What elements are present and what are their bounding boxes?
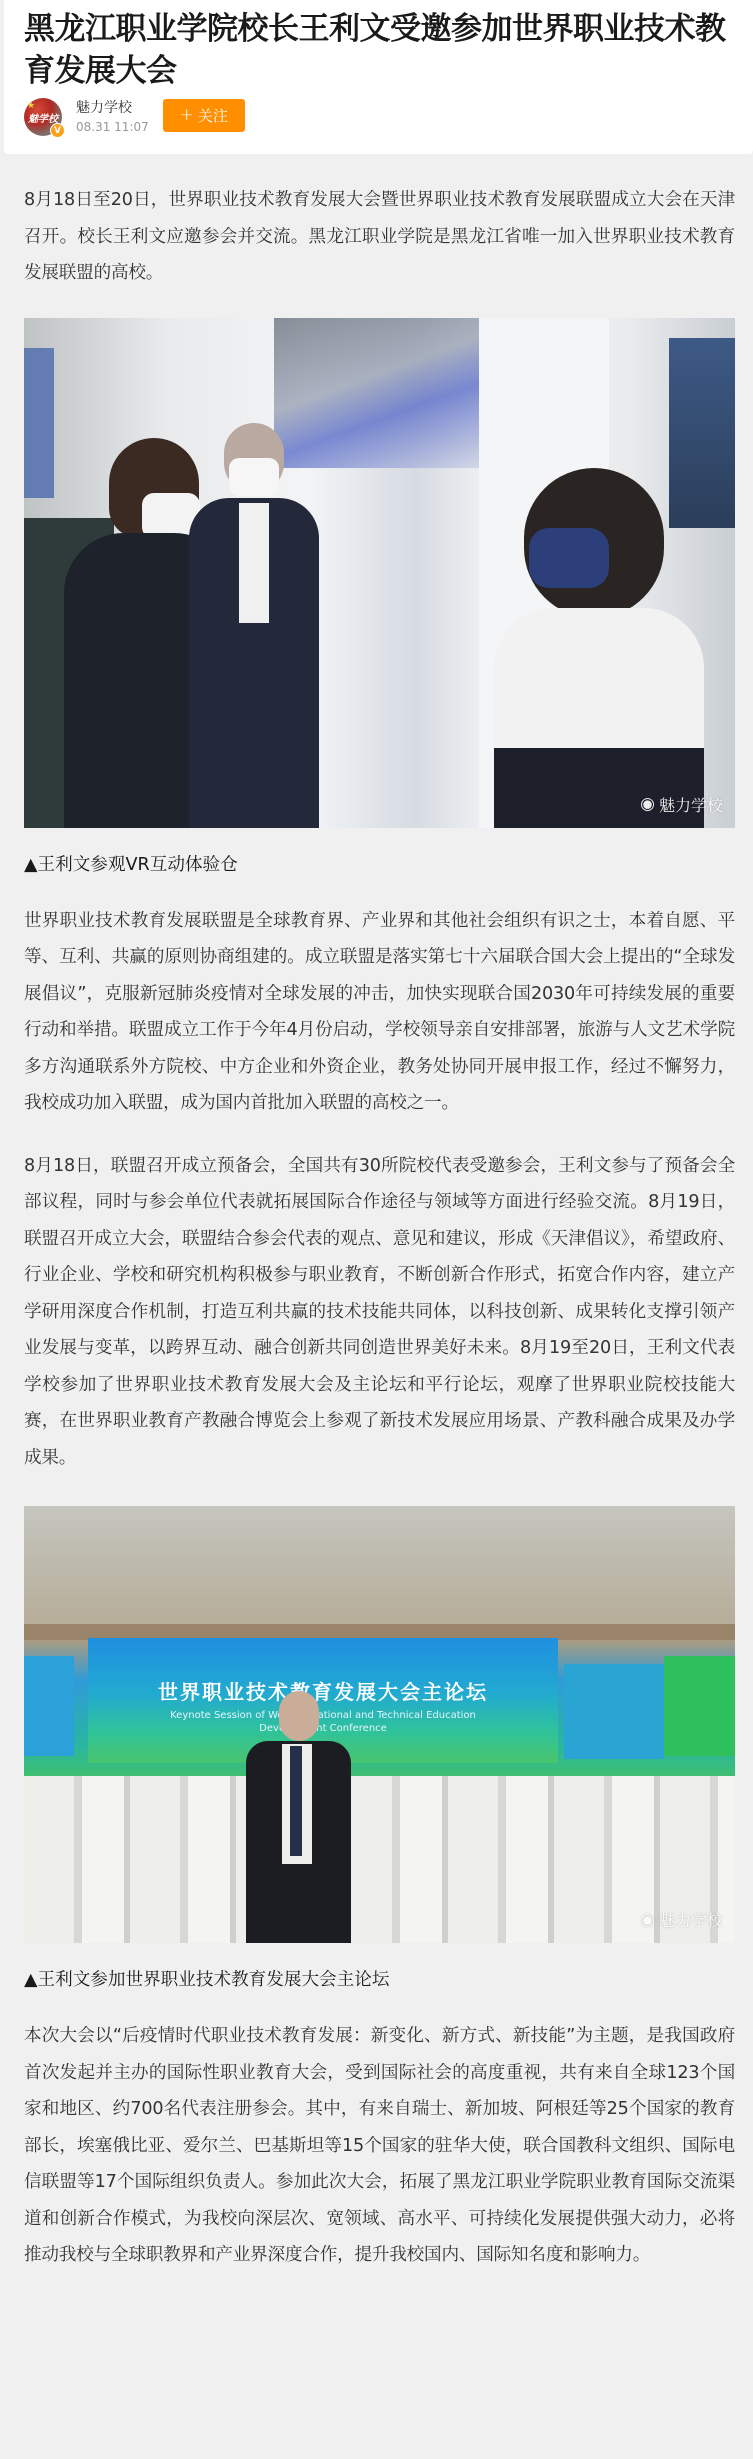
author-meta: 魅力学校 08.31 11:07 xyxy=(76,99,149,135)
article-photo-keynote-forum[interactable]: 世界职业技术教育发展大会主论坛 Keynote Session of World… xyxy=(24,1506,735,1943)
vr-headset-icon xyxy=(529,528,609,588)
photo-caption: ▲王利文参观VR互动体验仓 xyxy=(24,853,735,877)
weibo-icon: ◉ xyxy=(640,794,655,814)
tie xyxy=(290,1746,302,1856)
article-body: 8月18日至20日，世界职业技术教育发展大会暨世界职业技术教育发展联盟成立大会在… xyxy=(0,182,753,2274)
author-name[interactable]: 魅力学校 xyxy=(76,99,149,117)
weibo-icon: ◉ xyxy=(640,1910,655,1930)
weibo-watermark: ◉ 魅力学校 xyxy=(640,793,723,816)
side-screen-left xyxy=(24,1656,74,1756)
background-ceiling xyxy=(274,318,504,468)
screen-subtitle: Keynote Session of World Vocational and … xyxy=(158,1709,488,1735)
weibo-watermark: ◉ 魅力学校 xyxy=(640,1908,723,1931)
face-mask xyxy=(229,458,279,496)
article-paragraph: 本次大会以“后疫情时代职业技术教育发展：新变化、新方式、新技能”为主题，是我国政… xyxy=(24,2018,735,2274)
follow-button[interactable]: + 关注 xyxy=(163,99,245,132)
background-banner xyxy=(24,348,54,498)
article-title: 黑龙江职业学院校长王利文受邀参加世界职业技术教育发展大会 xyxy=(24,4,737,92)
screen-title: 世界职业技术教育发展大会主论坛 xyxy=(88,1676,558,1705)
side-screen-green xyxy=(664,1656,735,1756)
author-avatar[interactable]: ★ 魅学校 V xyxy=(24,98,62,136)
plus-icon: + xyxy=(180,105,194,125)
ceiling-truss xyxy=(24,1506,735,1626)
article-paragraph: 8月18日至20日，世界职业技术教育发展大会暨世界职业技术教育发展联盟成立大会在… xyxy=(24,182,735,292)
verified-badge-icon: V xyxy=(50,123,65,138)
shirt xyxy=(239,503,269,623)
photo-caption: ▲王利文参加世界职业技术教育发展大会主论坛 xyxy=(24,1968,735,1992)
article-paragraph: 世界职业技术教育发展联盟是全球教育界、产业界和其他社会组织有识之士，本着自愿、平… xyxy=(24,903,735,1122)
post-timestamp: 08.31 11:07 xyxy=(76,119,149,135)
person-head xyxy=(279,1691,319,1741)
side-screen-right xyxy=(564,1664,664,1759)
follow-button-label: 关注 xyxy=(198,105,228,126)
article-header: 黑龙江职业学院校长王利文受邀参加世界职业技术教育发展大会 ★ 魅学校 V 魅力学… xyxy=(4,0,753,154)
author-row: ★ 魅学校 V 魅力学校 08.31 11:07 + 关注 xyxy=(24,98,245,136)
article-paragraph: 8月18日，联盟召开成立预备会，全国共有30所院校代表受邀参会，王利文参与了预备… xyxy=(24,1148,735,1477)
article-photo-vr-experience[interactable]: ◉ 魅力学校 xyxy=(24,318,735,828)
wall-screen xyxy=(669,338,735,528)
audience-chairs xyxy=(24,1776,735,1943)
person-skirt xyxy=(494,748,704,828)
